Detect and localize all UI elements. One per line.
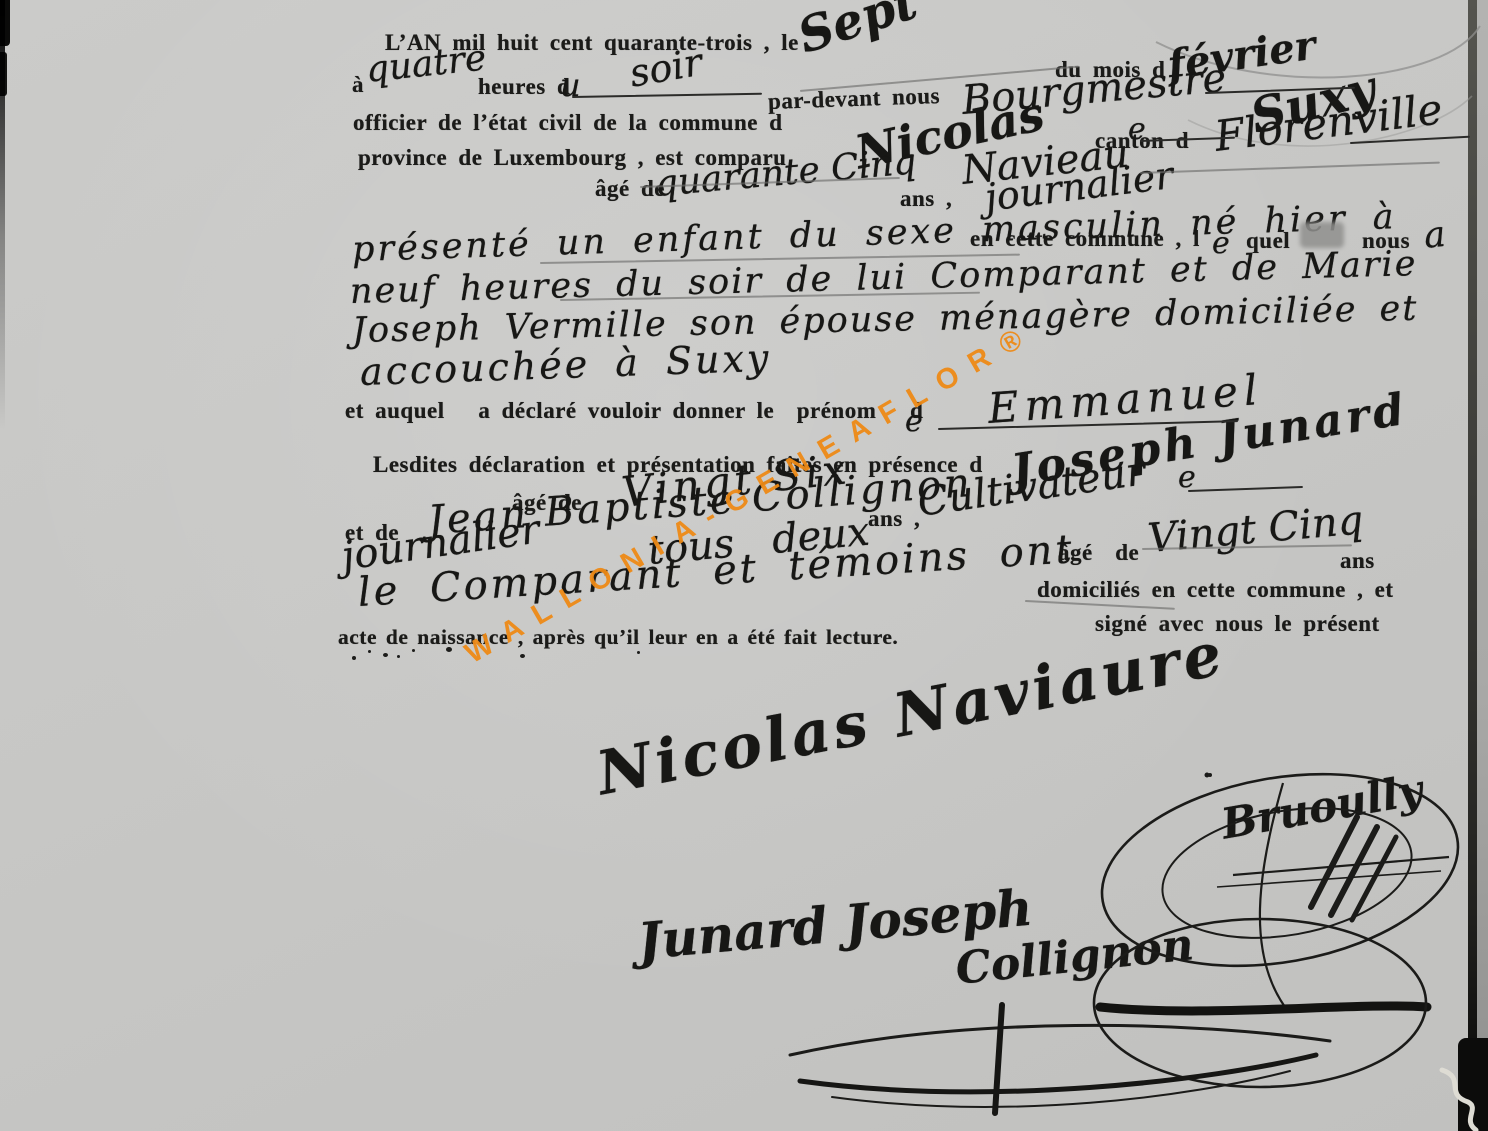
scan-edge-left-strip [0, 0, 5, 430]
printed-domicilies-line: domiciliés en cette commune , et [1037, 577, 1394, 603]
printed-officier-line: officier de l’état civil de la commune d [353, 110, 783, 136]
blank-rule-presence [1188, 486, 1303, 492]
ink-speck [352, 656, 356, 660]
ink-speck [412, 649, 415, 652]
scanned-birth-record: L’AN mil huit cent quarante-trois , le à… [0, 0, 1488, 1131]
printed-ans-1: ans , [900, 186, 952, 212]
hw-hour: quatre [364, 37, 488, 90]
printed-heures-d: heures d [478, 74, 570, 100]
printed-pardevant: par-devant nous [768, 83, 941, 115]
ink-speck [397, 655, 400, 658]
blank-rule-heures [572, 93, 762, 98]
ink-speck [637, 651, 640, 654]
ink-speck [520, 654, 525, 658]
collignon-underline-swash [770, 995, 1350, 1125]
printed-signe-line: signé avec nous le présent [1095, 611, 1380, 637]
printed-et-auquel-line: et auquel a déclaré vouloir donner le pr… [345, 398, 923, 424]
ink-speck [1208, 773, 1212, 777]
printed-ans-3: ans [1340, 548, 1375, 574]
ink-speck [368, 650, 371, 653]
printed-a: à [352, 72, 364, 98]
hw-temoin2-age: Vingt Cinq [1146, 497, 1365, 562]
ink-smudge [1300, 222, 1344, 248]
hw-du: u [560, 66, 581, 104]
hw-day: Sept [791, 0, 923, 65]
ink-speck [446, 647, 452, 652]
hw-nous-a: a [1422, 214, 1448, 257]
printed-acte-line: acte de naissance , après qu’il leur en … [338, 625, 898, 650]
ink-speck [383, 653, 388, 657]
